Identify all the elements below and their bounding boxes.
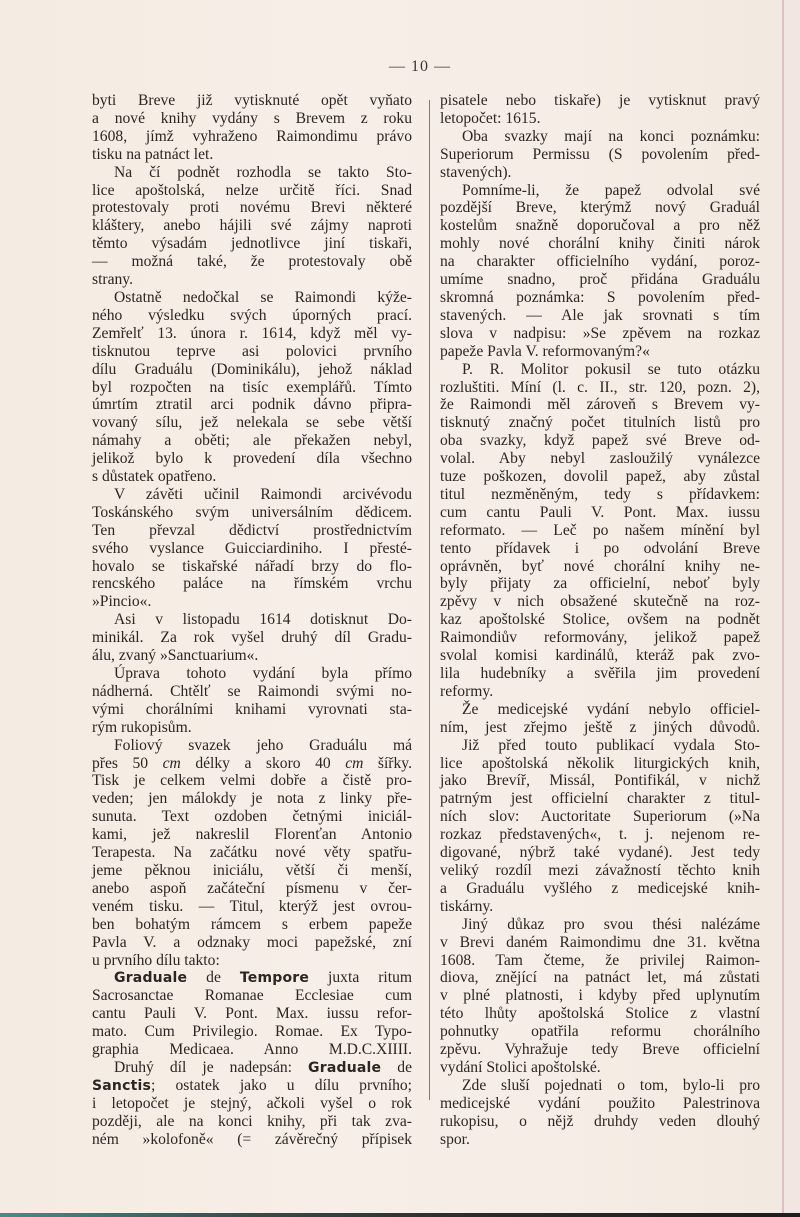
text-segment: mohly nové chorální knihy činiti nárok xyxy=(440,235,760,252)
text-segment: byly přijaty za officielní, neboť byly xyxy=(440,575,760,592)
text-line: lila hudebníky a svěřila jim provedení xyxy=(440,665,760,683)
bold-title-text: Sanctis xyxy=(92,1078,151,1094)
text-segment: že Raimondi měl zároveň s Brevem vy- xyxy=(440,396,760,413)
text-line: Ten převzal dědictví prostřednictvím xyxy=(92,522,412,540)
text-line: hovalo se tiskařské nářadí brzy do flo- xyxy=(92,558,412,576)
text-line: 1608. Tam čteme, že privilej Raimon- xyxy=(440,952,760,970)
text-segment: de xyxy=(187,969,240,986)
text-segment: sunuta. Text ozdoben četnými iniciál- xyxy=(92,808,412,825)
text-segment: vovaný sílu, jež nelekala se sebe větší xyxy=(92,414,412,431)
text-segment: oprávněn, byť nové chorální knihy ne- xyxy=(440,558,760,575)
text-segment: patrným jest officielní charakter z titu… xyxy=(440,790,760,807)
text-line: V závěti učinil Raimondi arcivévodu xyxy=(92,486,412,504)
italic-unit-text: cm xyxy=(163,755,181,772)
text-segment: šířky. xyxy=(363,755,412,772)
text-segment: vydání Stolici apoštolské. xyxy=(440,1059,601,1076)
text-line: této lhůty apoštolská Stolice z vlastní xyxy=(440,1005,760,1023)
text-segment: Druhý díl je nadepsán: xyxy=(114,1059,308,1076)
text-line: volal. Aby nebyl zasloužilý vynálezce xyxy=(440,450,760,468)
text-line: oba svazky, když papež své Breve od- xyxy=(440,432,760,450)
text-segment: titul nezměněným, tedy s přídavkem: xyxy=(440,486,760,503)
text-segment: rozluštiti. Míní (l. c. II., str. 120, p… xyxy=(440,379,760,396)
italic-unit-text: cm xyxy=(345,755,363,772)
text-segment: s důstatek opatřeno. xyxy=(92,468,216,485)
bold-title-text: Tempore xyxy=(240,970,309,986)
text-line: stavených. — Ale jak srovnati s tím xyxy=(440,307,760,325)
text-line: Raimondiův reformovány, jelikož papež xyxy=(440,629,760,647)
text-segment: lice apoštolská, nelze určitě říci. Snad xyxy=(92,182,412,199)
text-segment: ben bohatým rámcem s erbem papeže xyxy=(92,916,412,933)
text-line: tiskárny. xyxy=(440,898,760,916)
text-line: oprávněn, byť nové chorální knihy ne- xyxy=(440,558,760,576)
text-segment: ném »kolofoně« (= závěrečný přípisek xyxy=(92,1131,412,1148)
text-line: graphia Medicaea. Anno M.D.C.XIIII. xyxy=(92,1041,412,1059)
text-segment: i letopočet je stejný, ačkoli vyšel o ro… xyxy=(92,1095,412,1112)
text-segment: tisknutý značný počet titulních listů pr… xyxy=(440,414,760,431)
text-segment: rencského paláce na římském vrchu xyxy=(92,575,412,592)
text-segment: tiskárny. xyxy=(440,898,493,915)
page-number: — 10 — xyxy=(360,58,480,76)
text-segment: volal. Aby nebyl zasloužilý vynálezce xyxy=(440,450,760,467)
text-segment: Superiorum Permissu (S povolením před- xyxy=(440,146,760,163)
text-line: jako Brevíř, Missál, Pontifikál, v nichž xyxy=(440,772,760,790)
text-segment: přes 50 xyxy=(92,755,163,772)
text-segment: rukopisu, o nějž druhdy veden dlouhý xyxy=(440,1113,760,1130)
text-segment: — možná také, že protestovaly obě xyxy=(92,253,412,270)
text-line: tuze poškozen, dovolil papež, aby zůstal xyxy=(440,468,760,486)
text-segment: rým rukopisům. xyxy=(92,719,192,736)
text-segment: reformato. — Leč po našem mínění byl xyxy=(440,522,760,539)
text-line: »Pincio«. xyxy=(92,593,412,611)
text-segment: tisku na patnáct let. xyxy=(92,146,213,163)
text-line: Druhý díl je nadepsán: Graduale de xyxy=(92,1059,412,1077)
text-segment: Raimondiův reformovány, jelikož papež xyxy=(440,629,760,646)
text-line: a nové knihy vydány s Brevem z roku xyxy=(92,110,412,128)
text-segment: slova v nadpisu: »Se zpěvem na rozkaz xyxy=(440,325,760,342)
text-line: a Graduálu vyšlého z medicejské knih- xyxy=(440,880,760,898)
text-segment: na charakter officielního vydání, poroz- xyxy=(440,253,760,270)
text-segment: minikál. Za rok vyšel druhý díl Gradu- xyxy=(92,629,412,646)
text-line: reformato. — Leč po našem mínění byl xyxy=(440,522,760,540)
text-segment: kostelům snažně doporučoval a pro něž xyxy=(440,217,760,234)
page-edge-margin xyxy=(784,0,800,1213)
text-segment: umíme snadno, proč přidána Graduálu xyxy=(440,271,760,288)
text-segment: álu, zvaný »Sanctuarium«. xyxy=(92,647,258,664)
text-line: papeže Pavla V. reformovaným?« xyxy=(440,343,760,361)
text-segment: jelikož bylo k provedení díla všechno xyxy=(92,450,412,467)
text-segment: Na čí podnět rozhodla se takto Sto- xyxy=(114,164,412,181)
text-segment: anebo aspoň začáteční písmenu v čer- xyxy=(92,880,412,897)
text-line: ném »kolofoně« (= závěrečný přípisek xyxy=(92,1131,412,1149)
text-segment: tento přídavek i po odvolání Breve xyxy=(440,540,760,557)
text-line: Foliový svazek jeho Graduálu má xyxy=(92,737,412,755)
text-line: letopočet: 1615. xyxy=(440,110,760,128)
text-line: spor. xyxy=(440,1131,760,1149)
text-segment: nádherná. Chtělť se Raimondi svými no- xyxy=(92,683,412,700)
page-edge-line xyxy=(782,0,784,1213)
text-line: Že medicejské vydání nebylo officiel- xyxy=(440,701,760,719)
text-line: jeme pěknou iniciálu, větší či menší, xyxy=(92,862,412,880)
text-segment: Zemřelť 13. února r. 1614, když měl vy- xyxy=(92,325,412,342)
text-segment: této lhůty apoštolská Stolice z vlastní xyxy=(440,1005,760,1022)
text-line: námahy a oběti; ale překažen nebyl, xyxy=(92,432,412,450)
text-segment: skromná poznámka: S povolením před- xyxy=(440,289,760,306)
text-line: Na čí podnět rozhodla se takto Sto- xyxy=(92,164,412,182)
text-segment: délky a skoro 40 xyxy=(181,755,345,772)
text-segment: medicejské vydání použito Palestrinova xyxy=(440,1095,760,1112)
text-line: Ostatně nedočkal se Raimondi kýže- xyxy=(92,289,412,307)
text-line: mato. Cum Privilegio. Romae. Ex Typo- xyxy=(92,1023,412,1041)
text-line: Sacrosanctae Romanae Ecclesiae cum xyxy=(92,987,412,1005)
text-line: Zemřelť 13. února r. 1614, když měl vy- xyxy=(92,325,412,343)
text-line: tisku na patnáct let. xyxy=(92,146,412,164)
text-line: zpěvu. Vyhražuje tedy Breve officielní xyxy=(440,1041,760,1059)
text-segment: Pavla V. a odznaky moci papežské, zní xyxy=(92,934,412,951)
text-segment: diova, znějící na patnáct let, má zůstat… xyxy=(440,969,760,986)
text-line: na charakter officielního vydání, poroz- xyxy=(440,253,760,271)
text-line: Pavla V. a odznaky moci papežské, zní xyxy=(92,934,412,952)
text-line: skromná poznámka: S povolením před- xyxy=(440,289,760,307)
text-segment: kami, jež nakreslil Florenťan Antonio xyxy=(92,826,412,843)
text-line: tento přídavek i po odvolání Breve xyxy=(440,540,760,558)
text-line: ních slov: Auctoritate Superiorum (»Na xyxy=(440,808,760,826)
text-line: vydání Stolici apoštolské. xyxy=(440,1059,760,1077)
text-line: cantu Pauli V. Pont. Max. iussu refor- xyxy=(92,1005,412,1023)
text-line: jelikož bylo k provedení díla všechno xyxy=(92,450,412,468)
text-line: vovaný sílu, jež nelekala se sebe větší xyxy=(92,414,412,432)
text-segment: kláštery, anebo hájili své zájmy naproti xyxy=(92,217,412,234)
column-divider-rule xyxy=(429,100,430,1100)
text-segment: tisknutou teprve asi polovici prvního xyxy=(92,343,412,360)
text-line: titul nezměněným, tedy s přídavkem: xyxy=(440,486,760,504)
bold-title-text: Graduale xyxy=(114,970,187,986)
text-segment: veden; jen málokdy je nota z linky pře- xyxy=(92,790,412,807)
text-line: úmrtím ztratil arci podnik dávno připra- xyxy=(92,396,412,414)
text-line: cum cantu Pauli V. Pont. Max. iussu xyxy=(440,504,760,522)
text-line: reformy. xyxy=(440,683,760,701)
text-line: těmto výsadám jednotlivce jiní tiskaři, xyxy=(92,235,412,253)
text-segment: námahy a oběti; ale překažen nebyl, xyxy=(92,432,412,449)
text-segment: a Graduálu vyšlého z medicejské knih- xyxy=(440,880,760,897)
text-line: pozdější Breve, kterýmž nový Graduál xyxy=(440,199,760,217)
text-segment: ; ostatek jako u dílu prvního; xyxy=(151,1077,412,1094)
text-segment: Sacrosanctae Romanae Ecclesiae cum xyxy=(92,987,412,1004)
text-line: umíme snadno, proč přidána Graduálu xyxy=(440,271,760,289)
text-segment: Ostatně nedočkal se Raimondi kýže- xyxy=(114,289,412,306)
text-segment: protestovaly proti novému Brevi některé xyxy=(92,199,412,216)
text-line: zpěvy v nich obsažené skutečně na roz- xyxy=(440,593,760,611)
text-segment: stavených. — Ale jak srovnati s tím xyxy=(440,307,760,324)
text-line: tisknutou teprve asi polovici prvního xyxy=(92,343,412,361)
text-line: ben bohatým rámcem s erbem papeže xyxy=(92,916,412,934)
text-line: rencského paláce na římském vrchu xyxy=(92,575,412,593)
text-segment: veliký rozdíl mezi závažností těchto kni… xyxy=(440,862,760,879)
text-line: lice apoštolská několik liturgických kni… xyxy=(440,755,760,773)
text-segment: strany. xyxy=(92,271,133,288)
text-line: diova, znějící na patnáct let, má zůstat… xyxy=(440,969,760,987)
text-segment: cum cantu Pauli V. Pont. Max. iussu xyxy=(440,504,760,521)
text-segment: úmrtím ztratil arci podnik dávno připra- xyxy=(92,396,412,413)
bold-title-text: Graduale xyxy=(308,1060,381,1076)
text-segment: letopočet: 1615. xyxy=(440,110,540,127)
text-line: digované, nýbrž také vydané). Jest tedy xyxy=(440,844,760,862)
text-segment: u prvního dílu takto: xyxy=(92,952,220,969)
text-line: Tisk je celkem velmi dobře a čistě pro- xyxy=(92,772,412,790)
text-segment: těmto výsadám jednotlivce jiní tiskaři, xyxy=(92,235,412,252)
text-segment: zpěvu. Vyhražuje tedy Breve officielní xyxy=(440,1041,760,1058)
text-line: rozkaz představených«, t. j. nejenom re- xyxy=(440,826,760,844)
text-line: později, ale na konci knihy, při tak zva… xyxy=(92,1113,412,1131)
text-segment: pohnutky opatřila reformu chorálního xyxy=(440,1023,760,1040)
text-line: vými chorálními knihami vyrovnati sta- xyxy=(92,701,412,719)
text-line: rým rukopisům. xyxy=(92,719,412,737)
text-segment: Terapesta. Na začátku nové věty spatřu- xyxy=(92,844,412,861)
text-segment: V závěti učinil Raimondi arcivévodu xyxy=(114,486,412,503)
text-line: patrným jest officielní charakter z titu… xyxy=(440,790,760,808)
text-segment: lila hudebníky a svěřila jim provedení xyxy=(440,665,760,682)
text-line: Toskánského svým universálním dědicem. xyxy=(92,504,412,522)
text-segment: stavených). xyxy=(440,164,511,181)
text-segment: byti Breve již vytisknuté opět vyňato xyxy=(92,92,412,109)
text-line: álu, zvaný »Sanctuarium«. xyxy=(92,647,412,665)
text-line: byl rozpočten na tisíc exemplářů. Tímto xyxy=(92,379,412,397)
text-segment: Již před touto publikací vydala Sto- xyxy=(462,737,760,754)
text-segment: hovalo se tiskařské nářadí brzy do flo- xyxy=(92,558,412,575)
text-line: veliký rozdíl mezi závažností těchto kni… xyxy=(440,862,760,880)
text-line: minikál. Za rok vyšel druhý díl Gradu- xyxy=(92,629,412,647)
text-line: tisknutý značný počet titulních listů pr… xyxy=(440,414,760,432)
text-line: Pomníme-li, že papež odvolal své xyxy=(440,182,760,200)
text-segment: tuze poškozen, dovolil papež, aby zůstal xyxy=(440,468,760,485)
text-segment: cantu Pauli V. Pont. Max. iussu refor- xyxy=(92,1005,412,1022)
text-line: pisatele nebo tiskaře) je vytisknut prav… xyxy=(440,92,760,110)
text-line: veden; jen málokdy je nota z linky pře- xyxy=(92,790,412,808)
text-segment: Tisk je celkem velmi dobře a čistě pro- xyxy=(92,772,412,789)
text-line: lice apoštolská, nelze určitě říci. Snad xyxy=(92,182,412,200)
text-segment: digované, nýbrž také vydané). Jest tedy xyxy=(440,844,760,861)
text-segment: Zde sluší pojednati o tom, bylo-li pro xyxy=(462,1077,760,1094)
text-line: Úprava tohoto vydání byla přímo xyxy=(92,665,412,683)
text-line: kaz apoštolské Stolice, ovšem na podnět xyxy=(440,611,760,629)
text-line: Terapesta. Na začátku nové věty spatřu- xyxy=(92,844,412,862)
text-segment: veném tisku. — Titul, kterýž jest ovrou- xyxy=(92,898,412,915)
text-segment: Foliový svazek jeho Graduálu má xyxy=(114,737,412,754)
text-line: Oba svazky mají na konci poznámku: xyxy=(440,128,760,146)
text-line: protestovaly proti novému Brevi některé xyxy=(92,199,412,217)
text-segment: pisatele nebo tiskaře) je vytisknut prav… xyxy=(440,92,760,109)
text-line: že Raimondi měl zároveň s Brevem vy- xyxy=(440,396,760,414)
text-line: mohly nové chorální knihy činiti nárok xyxy=(440,235,760,253)
text-segment: ních slov: Auctoritate Superiorum (»Na xyxy=(440,808,760,825)
text-line: pohnutky opatřila reformu chorálního xyxy=(440,1023,760,1041)
text-segment: svého vyslance Guicciardiniho. I přesté- xyxy=(92,540,412,557)
text-line: s důstatek opatřeno. xyxy=(92,468,412,486)
text-segment: rozkaz představených«, t. j. nejenom re- xyxy=(440,826,760,843)
text-line: byly přijaty za officielní, neboť byly xyxy=(440,575,760,593)
text-line: medicejské vydání použito Palestrinova xyxy=(440,1095,760,1113)
text-segment: 1608. Tam čteme, že privilej Raimon- xyxy=(440,952,760,969)
text-segment: zpěvy v nich obsažené skutečně na roz- xyxy=(440,593,760,610)
text-line: 1608, jímž vyhraženo Raimondimu právo xyxy=(92,128,412,146)
text-segment: jeme pěknou iniciálu, větší či menší, xyxy=(92,862,412,879)
text-segment: Oba svazky mají na konci poznámku: xyxy=(462,128,760,145)
text-segment: spor. xyxy=(440,1131,470,1148)
text-line: nádherná. Chtělť se Raimondi svými no- xyxy=(92,683,412,701)
text-segment: Že medicejské vydání nebylo officiel- xyxy=(462,701,760,718)
text-segment: Ten převzal dědictví prostřednictvím xyxy=(92,522,412,539)
text-line: Sanctis; ostatek jako u dílu prvního; xyxy=(92,1077,412,1095)
text-segment: Úprava tohoto vydání byla přímo xyxy=(114,665,412,682)
text-line: byti Breve již vytisknuté opět vyňato xyxy=(92,92,412,110)
text-segment: v plné platnosti, i kdyby před uplynutím xyxy=(440,987,760,1004)
text-line: anebo aspoň začáteční písmenu v čer- xyxy=(92,880,412,898)
text-line: Již před touto publikací vydala Sto- xyxy=(440,737,760,755)
text-segment: Pomníme-li, že papež odvolal své xyxy=(462,182,760,199)
text-line: slova v nadpisu: »Se zpěvem na rozkaz xyxy=(440,325,760,343)
text-segment: vými chorálními knihami vyrovnati sta- xyxy=(92,701,412,718)
text-line: Asi v listopadu 1614 dotisknut Do- xyxy=(92,611,412,629)
text-line: Graduale de Tempore juxta ritum xyxy=(92,969,412,987)
text-segment: pozdější Breve, kterýmž nový Graduál xyxy=(440,199,760,216)
text-line: u prvního dílu takto: xyxy=(92,952,412,970)
text-segment: 1608, jímž vyhraženo Raimondimu právo xyxy=(92,128,412,145)
text-segment: Jiný důkaz pro svou thési nalézáme xyxy=(462,916,760,933)
text-segment: lice apoštolská několik liturgických kni… xyxy=(440,755,760,772)
text-line: dílu Graduálu (Dominikálu), jehož náklad xyxy=(92,361,412,379)
text-segment: Asi v listopadu 1614 dotisknut Do- xyxy=(114,611,412,628)
text-segment: juxta ritum xyxy=(309,969,412,986)
text-line: Jiný důkaz pro svou thési nalézáme xyxy=(440,916,760,934)
text-segment: dílu Graduálu (Dominikálu), jehož náklad xyxy=(92,361,412,378)
text-segment: jako Brevíř, Missál, Pontifikál, v nichž xyxy=(440,772,760,789)
text-segment: svolal komisi kardinálů, kteráž pak zvo- xyxy=(440,647,760,664)
text-line: i letopočet je stejný, ačkoli vyšel o ro… xyxy=(92,1095,412,1113)
text-line: svého vyslance Guicciardiniho. I přesté- xyxy=(92,540,412,558)
text-line: veném tisku. — Titul, kterýž jest ovrou- xyxy=(92,898,412,916)
text-line: kláštery, anebo hájili své zájmy naproti xyxy=(92,217,412,235)
text-segment: graphia Medicaea. Anno M.D.C.XIIII. xyxy=(92,1041,412,1058)
scan-bottom-edge xyxy=(0,1213,800,1217)
right-text-column: pisatele nebo tiskaře) je vytisknut prav… xyxy=(440,92,760,1148)
text-line: sunuta. Text ozdoben četnými iniciál- xyxy=(92,808,412,826)
text-line: strany. xyxy=(92,271,412,289)
text-line: ného výsledku svých úporných prací. xyxy=(92,307,412,325)
text-line: kami, jež nakreslil Florenťan Antonio xyxy=(92,826,412,844)
text-segment: oba svazky, když papež své Breve od- xyxy=(440,432,760,449)
text-segment: reformy. xyxy=(440,683,493,700)
text-line: svolal komisi kardinálů, kteráž pak zvo- xyxy=(440,647,760,665)
text-segment: ného výsledku svých úporných prací. xyxy=(92,307,412,324)
text-segment: Toskánského svým universálním dědicem. xyxy=(92,504,412,521)
text-segment: kaz apoštolské Stolice, ovšem na podnět xyxy=(440,611,760,628)
text-line: přes 50 cm délky a skoro 40 cm šířky. xyxy=(92,755,412,773)
text-segment: později, ale na konci knihy, při tak zva… xyxy=(92,1113,412,1130)
text-line: P. R. Molitor pokusil se tuto otázku xyxy=(440,361,760,379)
text-line: rozluštiti. Míní (l. c. II., str. 120, p… xyxy=(440,379,760,397)
text-line: kostelům snažně doporučoval a pro něž xyxy=(440,217,760,235)
text-segment: P. R. Molitor pokusil se tuto otázku xyxy=(462,361,760,378)
text-line: v Brevi daném Raimondimu dne 31. května xyxy=(440,934,760,952)
text-line: Superiorum Permissu (S povolením před- xyxy=(440,146,760,164)
text-segment: de xyxy=(381,1059,412,1076)
text-segment: byl rozpočten na tisíc exemplářů. Tímto xyxy=(92,379,412,396)
text-segment: v Brevi daném Raimondimu dne 31. května xyxy=(440,934,760,951)
text-segment: ním, jest zřejmo ještě z jiných důvodů. xyxy=(440,719,760,736)
text-line: v plné platnosti, i kdyby před uplynutím xyxy=(440,987,760,1005)
text-line: Zde sluší pojednati o tom, bylo-li pro xyxy=(440,1077,760,1095)
text-line: — možná také, že protestovaly obě xyxy=(92,253,412,271)
text-line: ním, jest zřejmo ještě z jiných důvodů. xyxy=(440,719,760,737)
text-segment: a nové knihy vydány s Brevem z roku xyxy=(92,110,412,127)
text-line: rukopisu, o nějž druhdy veden dlouhý xyxy=(440,1113,760,1131)
text-segment: mato. Cum Privilegio. Romae. Ex Typo- xyxy=(92,1023,412,1040)
left-text-column: byti Breve již vytisknuté opět vyňatoa n… xyxy=(92,92,412,1148)
text-line: stavených). xyxy=(440,164,760,182)
text-segment: »Pincio«. xyxy=(92,593,151,610)
text-segment: papeže Pavla V. reformovaným?« xyxy=(440,343,650,360)
